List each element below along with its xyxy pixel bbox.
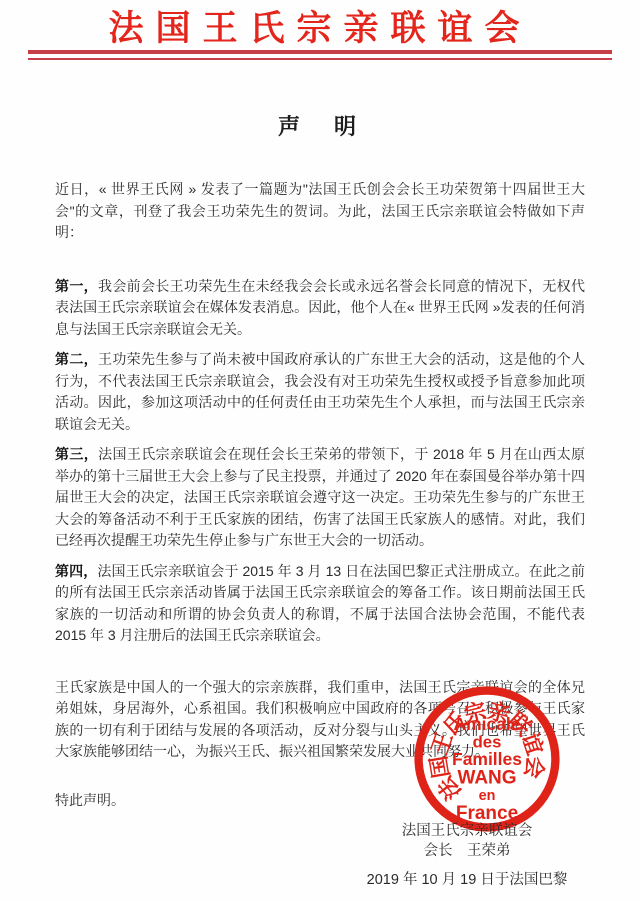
point-4-text: 法国王氏宗亲联谊会于 2015 年 3 月 13 日在法国巴黎正式注册成立。在此… bbox=[55, 563, 585, 644]
svg-text:Amicale: Amicale bbox=[453, 714, 520, 734]
svg-text:WANG: WANG bbox=[457, 767, 516, 788]
svg-text:en: en bbox=[479, 788, 496, 804]
document-title: 声 明 bbox=[0, 110, 640, 141]
point-paragraph-1: 第一，我会前会长王功荣先生在未经我会会长或永远名誉会长同意的情况下，无权代表法国… bbox=[55, 276, 585, 341]
signature-org: 法国王氏宗亲联谊会 bbox=[322, 821, 612, 841]
point-1-text: 我会前会长王功荣先生在未经我会会长或永远名誉会长同意的情况下，无权代表法国王氏宗… bbox=[55, 278, 585, 337]
point-4-label: 第四， bbox=[55, 563, 97, 579]
intro-text: 近日，« 世界王氏网 » 发表了一篇题为"法国王氏创会会长王功荣贺第十四届世王大… bbox=[55, 181, 585, 240]
seal-svg: 法国王氏宗亲联谊会 AmicaledesFamillesWANGenFrance bbox=[411, 683, 563, 835]
svg-text:会: 会 bbox=[520, 754, 548, 780]
intro-paragraph: 近日，« 世界王氏网 » 发表了一篇题为"法国王氏创会会长王功荣贺第十四届世王大… bbox=[55, 179, 585, 244]
point-paragraph-2: 第二，王功荣先生参与了尚未被中国政府承认的广东世王大会的活动，这是他的个人行为，… bbox=[55, 349, 585, 435]
header-double-rule bbox=[28, 50, 612, 60]
point-2-label: 第二， bbox=[55, 351, 98, 367]
svg-text:Familles: Familles bbox=[452, 749, 522, 769]
org-header-title: 法国王氏宗亲联谊会 bbox=[0, 0, 640, 48]
point-paragraph-4: 第四，法国王氏宗亲联谊会于 2015 年 3 月 13 日在法国巴黎正式注册成立… bbox=[55, 561, 585, 647]
point-3-label: 第三， bbox=[55, 446, 98, 462]
point-1-label: 第一， bbox=[55, 278, 98, 294]
signature-block: 法国王氏宗亲联谊会 会长 王荣弟 2019 年 10 月 19 日于法国巴黎 bbox=[322, 821, 612, 890]
statement-page: 法国王氏宗亲联谊会 声 明 近日，« 世界王氏网 » 发表了一篇题为"法国王氏创… bbox=[0, 0, 640, 901]
signature-president: 会长 王荣弟 bbox=[322, 841, 612, 861]
point-2-text: 王功荣先生参与了尚未被中国政府承认的广东世王大会的活动，这是他的个人行为，不代表… bbox=[55, 351, 585, 432]
seal-center-text: AmicaledesFamillesWANGenFrance bbox=[452, 714, 522, 824]
signature-date: 2019 年 10 月 19 日于法国巴黎 bbox=[322, 870, 612, 890]
association-seal-icon: 法国王氏宗亲联谊会 AmicaledesFamillesWANGenFrance bbox=[411, 683, 563, 835]
point-paragraph-3: 第三，法国王氏宗亲联谊会在现任会长王荣弟的带领下，于 2018 年 5 月在山西… bbox=[55, 444, 585, 552]
point-3-text: 法国王氏宗亲联谊会在现任会长王荣弟的带领下，于 2018 年 5 月在山西太原举… bbox=[55, 446, 585, 548]
